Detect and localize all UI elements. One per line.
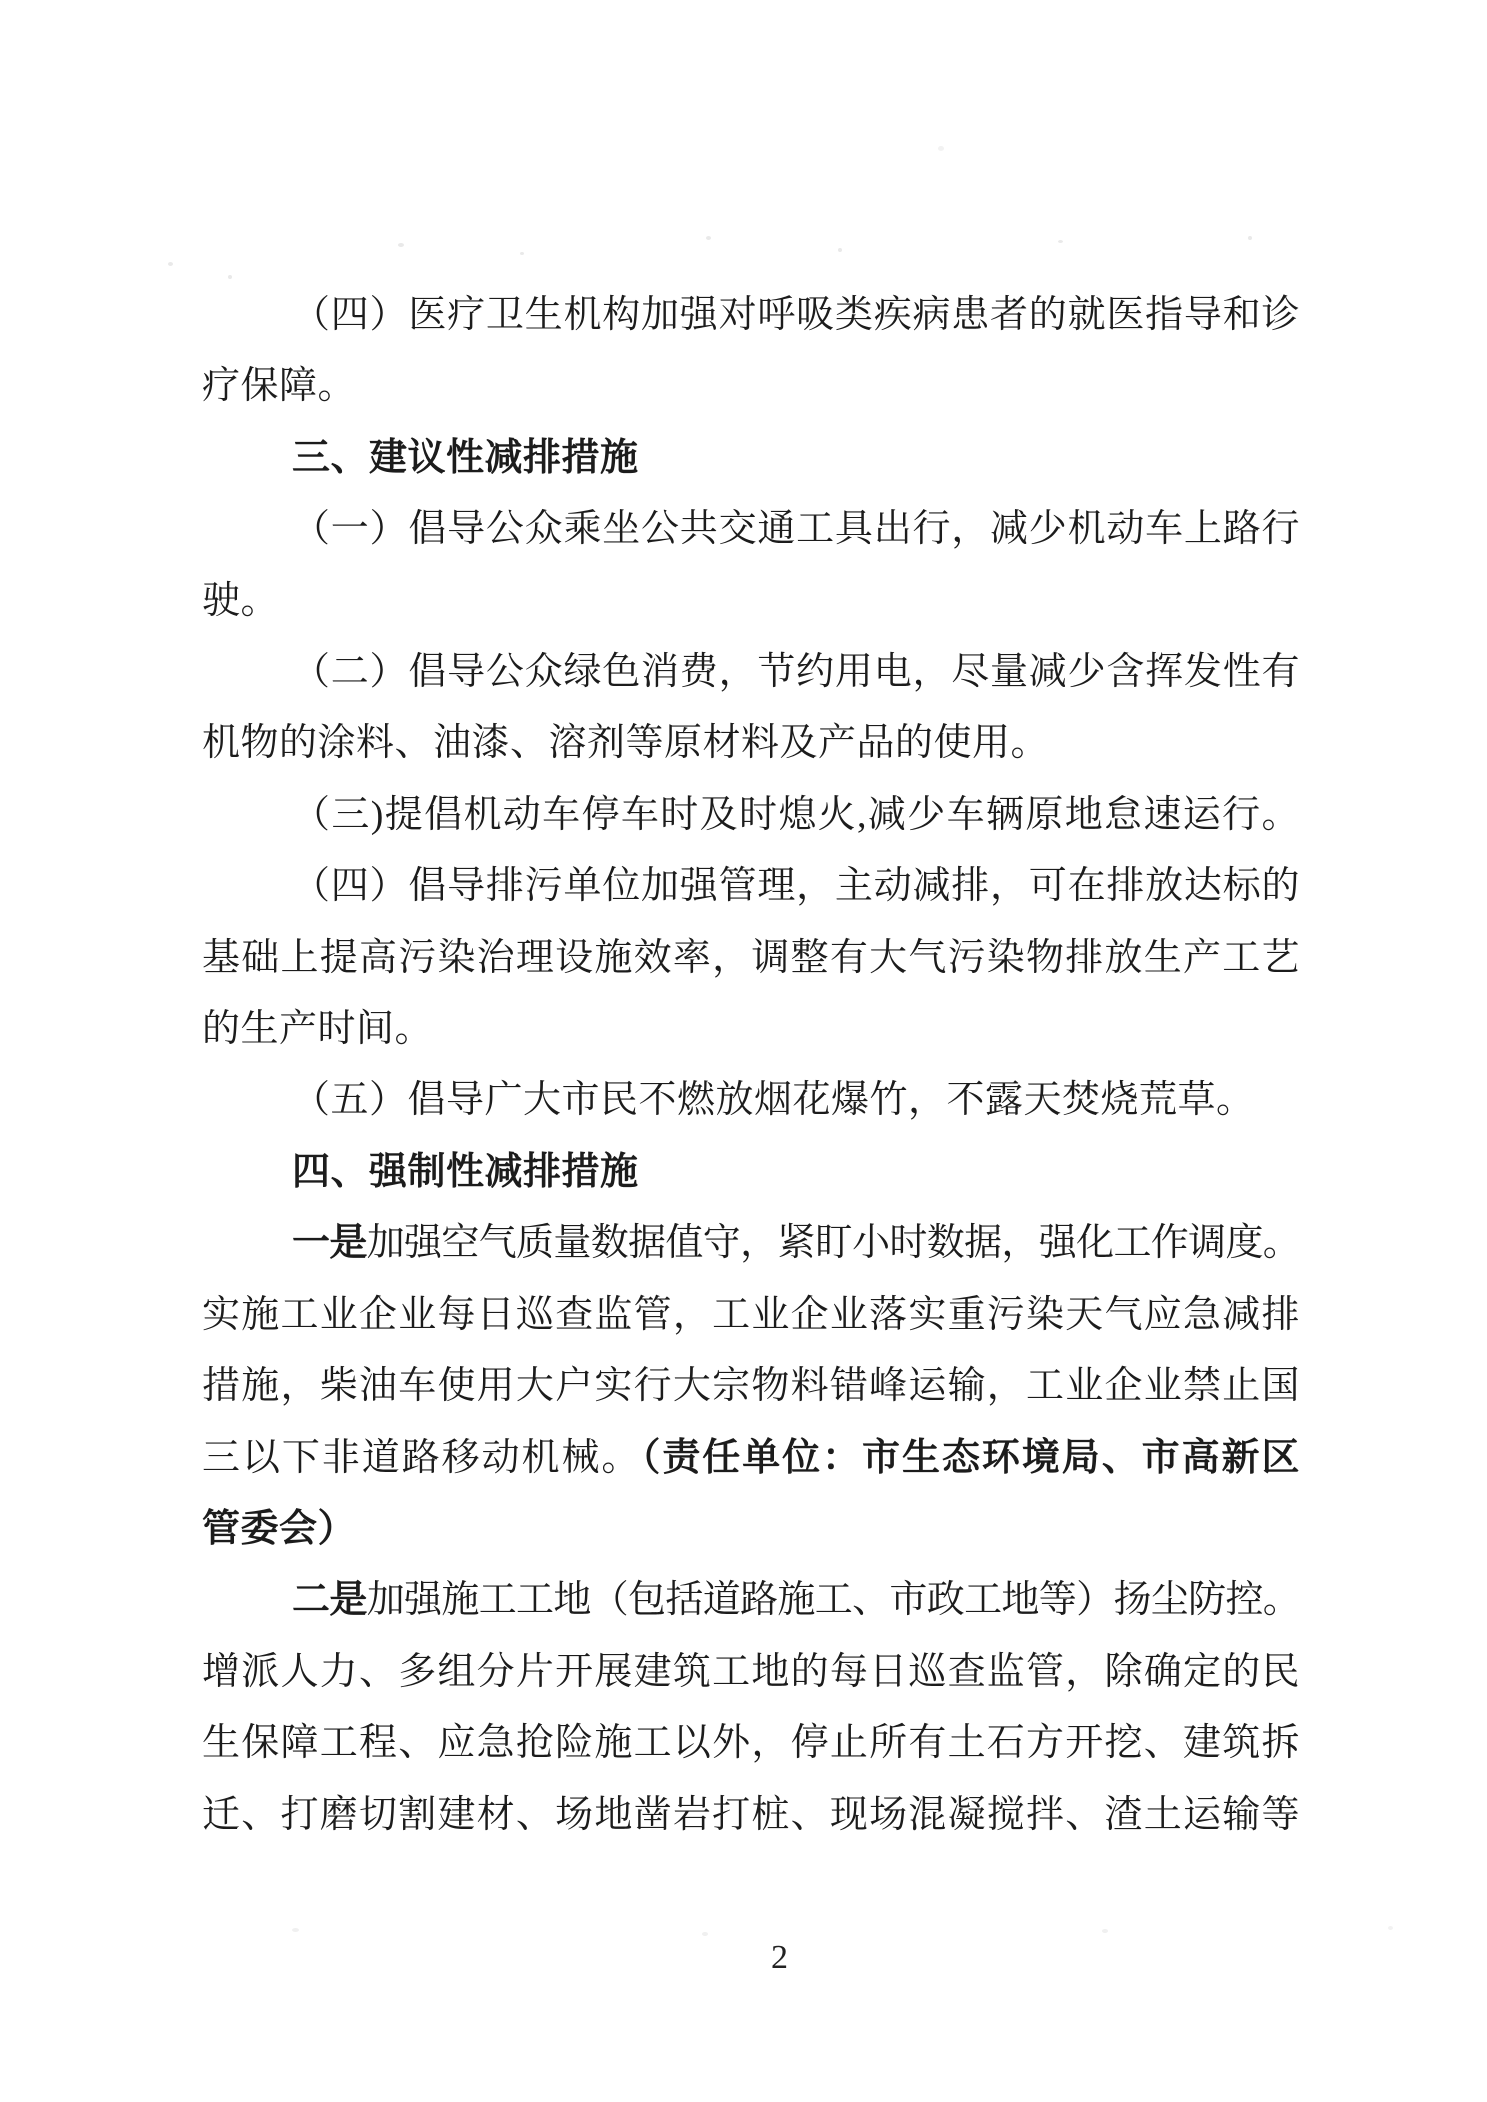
text-line: （一）倡导公众乘坐公共交通工具出行，减少机动车上路行 [202,494,1300,565]
scan-noise-speck [1102,1929,1108,1933]
text-line: 疗保障。 [202,351,1300,422]
text-line: 四、强制性减排措施 [202,1137,1300,1208]
text-segment: 的生产时间。 [202,1008,433,1050]
text-segment: 驶。 [202,580,279,622]
scan-noise-speck [520,252,524,255]
text-segment: （三)提倡机动车停车时及时熄火,减少车辆原地怠速运行。 [292,794,1300,836]
text-line: 驶。 [202,566,1300,637]
text-segment: （五）倡导广大市民不燃放烟花爆竹，不露天焚烧荒草。 [292,1079,1255,1121]
text-line: （四）医疗卫生机构加强对呼吸类疾病患者的就医指导和诊 [202,280,1300,351]
scan-noise-speck [938,146,944,151]
text-segment-bold: （责任单位：市生态环境局、市高新区 [641,1437,1300,1479]
document-page: （四）医疗卫生机构加强对呼吸类疾病患者的就医指导和诊疗保障。三、建议性减排措施（… [0,0,1487,2102]
text-line: （二）倡导公众绿色消费，节约用电，尽量减少含挥发性有 [202,637,1300,708]
text-segment: 三以下非道路移动机械。 [202,1437,641,1479]
document-lines: （四）医疗卫生机构加强对呼吸类疾病患者的就医指导和诊疗保障。三、建议性减排措施（… [202,280,1300,1851]
text-line: 一是加强空气质量数据值守，紧盯小时数据，强化工作调度。 [202,1208,1300,1279]
text-line: （五）倡导广大市民不燃放烟花爆竹，不露天焚烧荒草。 [202,1065,1300,1136]
text-segment: 迁、打磨切割建材、场地凿岩打桩、现场混凝搅拌、渣土运输等 [202,1794,1300,1836]
text-segment: 基础上提高污染治理设施效率，调整有大气污染物排放生产工艺 [202,937,1300,979]
text-line: 三、建议性减排措施 [202,423,1300,494]
text-line: 迁、打磨切割建材、场地凿岩打桩、现场混凝搅拌、渣土运输等 [202,1780,1300,1851]
text-line: 的生产时间。 [202,994,1300,1065]
scan-noise-speck [702,1932,708,1936]
text-segment-bold: 二是 [292,1579,367,1621]
text-segment-bold: 一是 [292,1222,367,1264]
text-line: 生保障工程、应急抢险施工以外，停止所有土石方开挖、建筑拆 [202,1708,1300,1779]
text-segment: （四）倡导排污单位加强管理，主动减排，可在排放达标的 [292,865,1300,907]
text-line: 机物的涂料、油漆、溶剂等原材料及产品的使用。 [202,708,1300,779]
text-segment: （四）医疗卫生机构加强对呼吸类疾病患者的就医指导和诊 [292,294,1300,336]
text-line: 三以下非道路移动机械。（责任单位：市生态环境局、市高新区 [202,1423,1300,1494]
page-number: 2 [0,1938,1487,1978]
text-line: （四）倡导排污单位加强管理，主动减排，可在排放达标的 [202,851,1300,922]
scan-noise-speck [1388,1926,1393,1930]
text-segment: 实施工业企业每日巡查监管，工业企业落实重污染天气应急减排 [202,1294,1300,1336]
scan-noise-speck [838,248,842,252]
scan-noise-speck [398,243,404,247]
text-segment: 生保障工程、应急抢险施工以外，停止所有土石方开挖、建筑拆 [202,1722,1300,1764]
text-segment: （一）倡导公众乘坐公共交通工具出行，减少机动车上路行 [292,508,1300,550]
text-segment-bold: 三、建议性减排措施 [292,437,639,479]
text-segment: （二）倡导公众绿色消费，节约用电，尽量减少含挥发性有 [292,651,1300,693]
text-segment: 疗保障。 [202,365,356,407]
scan-noise-speck [168,262,173,266]
text-segment-bold: 四、强制性减排措施 [292,1151,639,1193]
text-line: 实施工业企业每日巡查监管，工业企业落实重污染天气应急减排 [202,1280,1300,1351]
text-line: 增派人力、多组分片开展建筑工地的每日巡查监管，除确定的民 [202,1637,1300,1708]
scan-noise-speck [292,1928,299,1932]
scan-noise-speck [706,236,711,240]
text-segment: 机物的涂料、油漆、溶剂等原材料及产品的使用。 [202,722,1049,764]
scan-noise-speck [228,275,232,279]
text-line: （三)提倡机动车停车时及时熄火,减少车辆原地怠速运行。 [202,780,1300,851]
text-line: 二是加强施工工地（包括道路施工、市政工地等）扬尘防控。 [202,1565,1300,1636]
text-segment: 措施，柴油车使用大户实行大宗物料错峰运输，工业企业禁止国 [202,1365,1300,1407]
text-segment: 加强空气质量数据值守，紧盯小时数据，强化工作调度。 [367,1222,1300,1264]
text-segment: 增派人力、多组分片开展建筑工地的每日巡查监管，除确定的民 [202,1651,1300,1693]
scan-noise-speck [1248,236,1252,240]
text-segment: 加强施工工地（包括道路施工、市政工地等）扬尘防控。 [367,1579,1300,1621]
text-line: 基础上提高污染治理设施效率，调整有大气污染物排放生产工艺 [202,923,1300,994]
text-line: 措施，柴油车使用大户实行大宗物料错峰运输，工业企业禁止国 [202,1351,1300,1422]
scan-noise-speck [1058,240,1063,243]
text-line: 管委会） [202,1494,1300,1565]
text-segment-bold: 管委会） [202,1508,356,1550]
